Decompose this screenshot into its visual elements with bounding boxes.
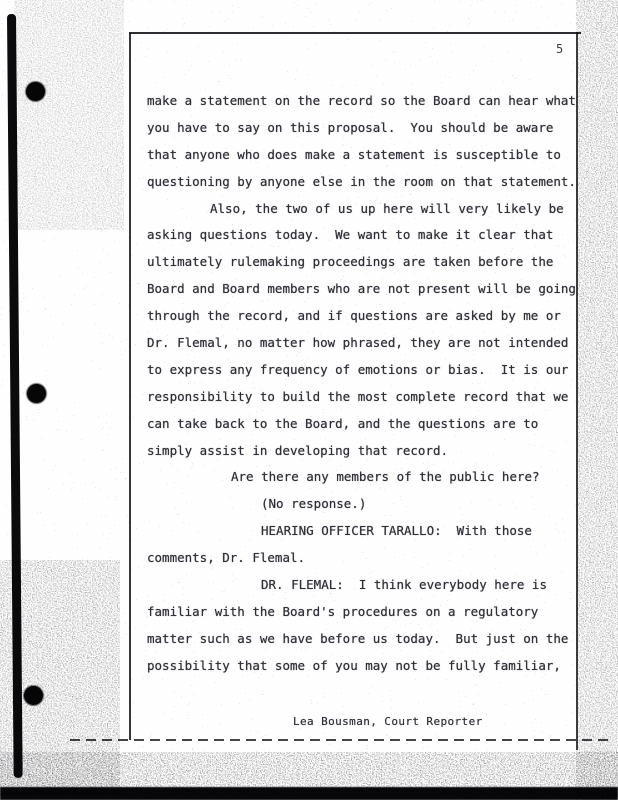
transcript-body: make a statement on the record so the Bo… <box>147 88 583 680</box>
transcript-line: Board and Board members who are not pres… <box>147 276 583 303</box>
text-frame-left-border <box>129 33 131 740</box>
transcript-line: comments, Dr. Flemal. <box>147 545 583 572</box>
transcript-line: make a statement on the record so the Bo… <box>147 88 583 115</box>
transcript-line: familiar with the Board's procedures on … <box>147 599 583 626</box>
transcript-line: possibility that some of you may not be … <box>147 653 583 680</box>
transcript-line: (No response.) <box>147 491 583 518</box>
footer-rule <box>70 739 612 741</box>
transcript-line: ultimately rulemaking proceedings are ta… <box>147 249 583 276</box>
transcript-line: Are there any members of the public here… <box>147 464 583 491</box>
court-reporter-signature: Lea Bousman, Court Reporter <box>293 715 483 728</box>
punch-hole-top <box>26 82 45 101</box>
transcript-line: questioning by anyone else in the room o… <box>147 169 583 196</box>
transcript-line: that anyone who does make a statement is… <box>147 142 583 169</box>
page-number: 5 <box>556 42 563 56</box>
punch-hole-middle <box>27 384 46 403</box>
transcript-line: Dr. Flemal, no matter how phrased, they … <box>147 330 583 357</box>
transcript-line: HEARING OFFICER TARALLO: With those <box>147 518 583 545</box>
text-frame-top-border <box>129 32 581 34</box>
transcript-line: to express any frequency of emotions or … <box>147 357 583 384</box>
scanned-page: 5 make a statement on the record so the … <box>0 0 618 800</box>
transcript-line: can take back to the Board, and the ques… <box>147 411 583 438</box>
transcript-line: responsibility to build the most complet… <box>147 384 583 411</box>
transcript-line: Also, the two of us up here will very li… <box>147 196 583 223</box>
transcript-line: matter such as we have before us today. … <box>147 626 583 653</box>
transcript-line: asking questions today. We want to make … <box>147 222 583 249</box>
transcript-line: you have to say on this proposal. You sh… <box>147 115 583 142</box>
scan-bottom-edge <box>0 787 618 800</box>
transcript-line: simply assist in developing that record. <box>147 438 583 465</box>
binding-edge <box>7 14 23 778</box>
transcript-line: DR. FLEMAL: I think everybody here is <box>147 572 583 599</box>
punch-hole-bottom <box>24 686 43 705</box>
transcript-line: through the record, and if questions are… <box>147 303 583 330</box>
